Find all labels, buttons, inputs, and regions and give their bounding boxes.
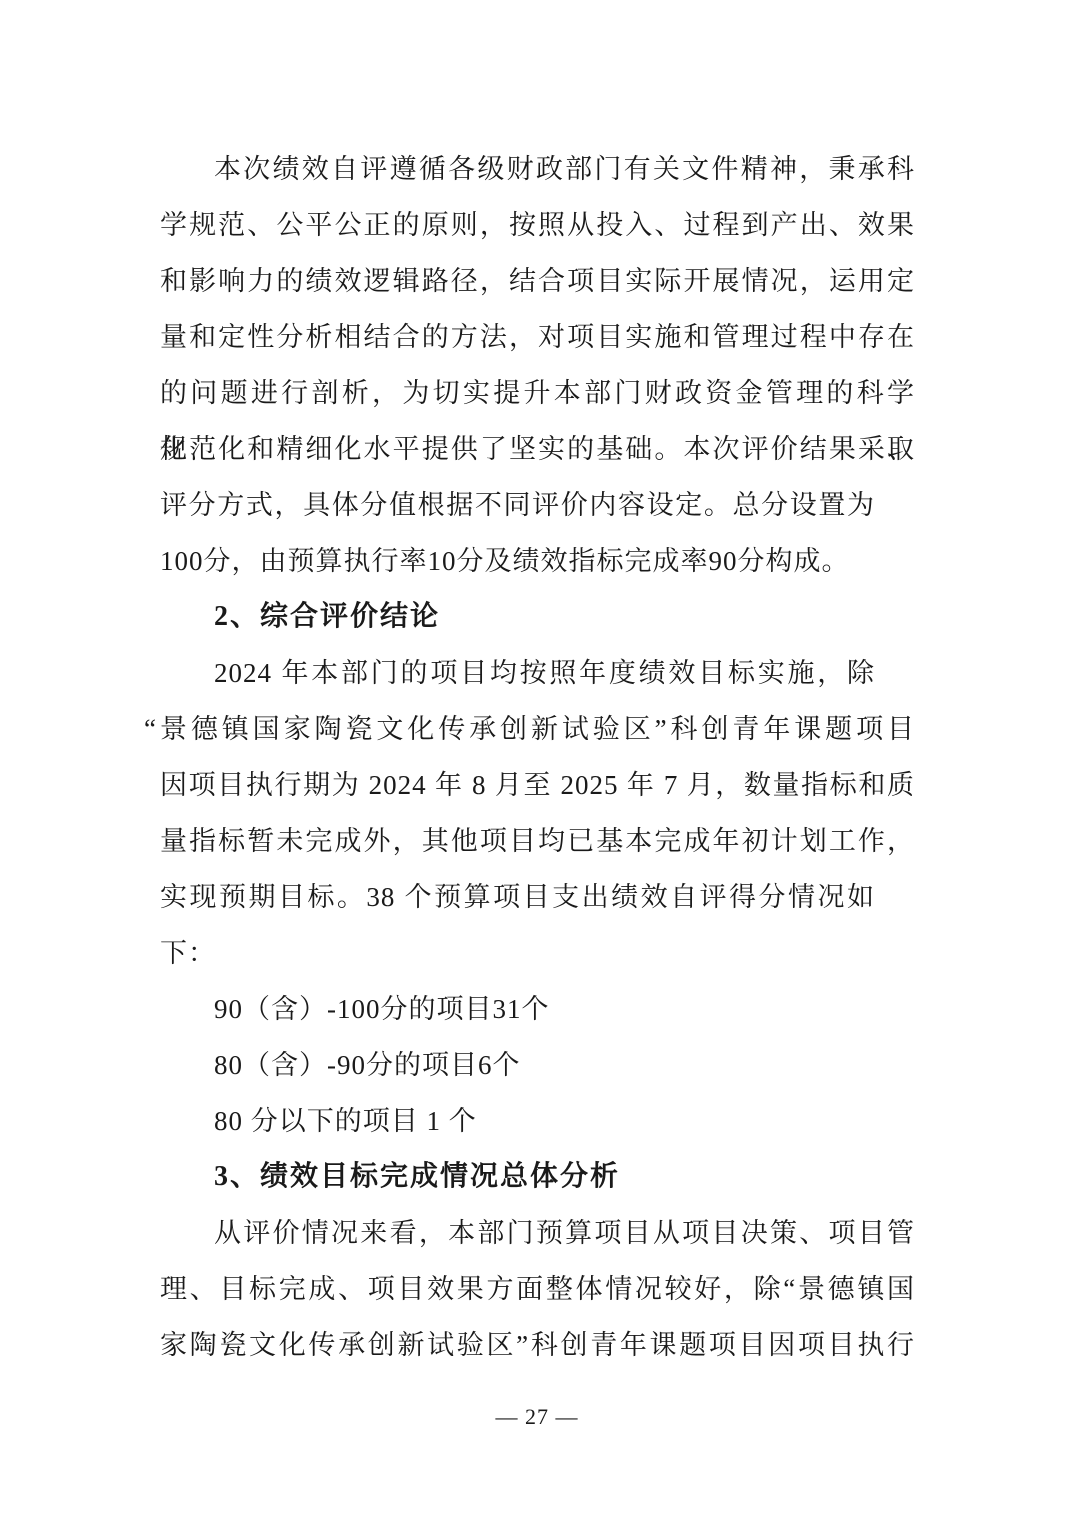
text-line: 的问题进行剖析，为切实提升本部门财政资金管理的科学化、 xyxy=(160,365,915,421)
text-line: 2024 年本部门的项目均按照年度绩效目标实施，除 xyxy=(160,645,915,701)
text-line: 90（含）-100分的项目31个 xyxy=(160,981,915,1037)
text-line: 评分方式，具体分值根据不同评价内容设定。总分设置为 xyxy=(160,477,915,533)
text-line: 从评价情况来看，本部门预算项目从项目决策、项目管 xyxy=(160,1205,915,1261)
text-line: 100分，由预算执行率10分及绩效指标完成率90分构成。 xyxy=(160,533,915,589)
text-line: 因项目执行期为 2024 年 8 月至 2025 年 7 月，数量指标和质 xyxy=(160,757,915,813)
document-page: 本次绩效自评遵循各级财政部门有关文件精神，秉承科学规范、公平公正的原则，按照从投… xyxy=(0,0,1074,1520)
text-line: 实现预期目标。38 个预算项目支出绩效自评得分情况如 xyxy=(160,869,915,925)
text-line: 家陶瓷文化传承创新试验区”科创青年课题项目因项目执行 xyxy=(160,1317,915,1373)
text-line: 量指标暂未完成外，其他项目均已基本完成年初计划工作， xyxy=(160,813,915,869)
text-line: 学规范、公平公正的原则，按照从投入、过程到产出、效果 xyxy=(160,197,915,253)
text-line: 80（含）-90分的项目6个 xyxy=(160,1037,915,1093)
text-line: 和影响力的绩效逻辑路径，结合项目实际开展情况，运用定 xyxy=(160,253,915,309)
text-line: 下： xyxy=(160,925,915,981)
section-heading: 3、绩效目标完成情况总体分析 xyxy=(160,1149,915,1205)
document-body: 本次绩效自评遵循各级财政部门有关文件精神，秉承科学规范、公平公正的原则，按照从投… xyxy=(160,141,915,1373)
section-heading: 2、综合评价结论 xyxy=(160,589,915,645)
text-line: “景德镇国家陶瓷文化传承创新试验区”科创青年课题项目 xyxy=(144,701,915,757)
page-number: — 27 — xyxy=(0,1404,1074,1430)
text-line: 量和定性分析相结合的方法，对项目实施和管理过程中存在 xyxy=(160,309,915,365)
text-line: 80 分以下的项目 1 个 xyxy=(160,1093,915,1149)
text-line: 理、目标完成、项目效果方面整体情况较好，除“景德镇国 xyxy=(160,1261,915,1317)
text-line: 本次绩效自评遵循各级财政部门有关文件精神，秉承科 xyxy=(160,141,915,197)
text-line: 规范化和精细化水平提供了坚实的基础。本次评价结果采取 xyxy=(160,421,915,477)
